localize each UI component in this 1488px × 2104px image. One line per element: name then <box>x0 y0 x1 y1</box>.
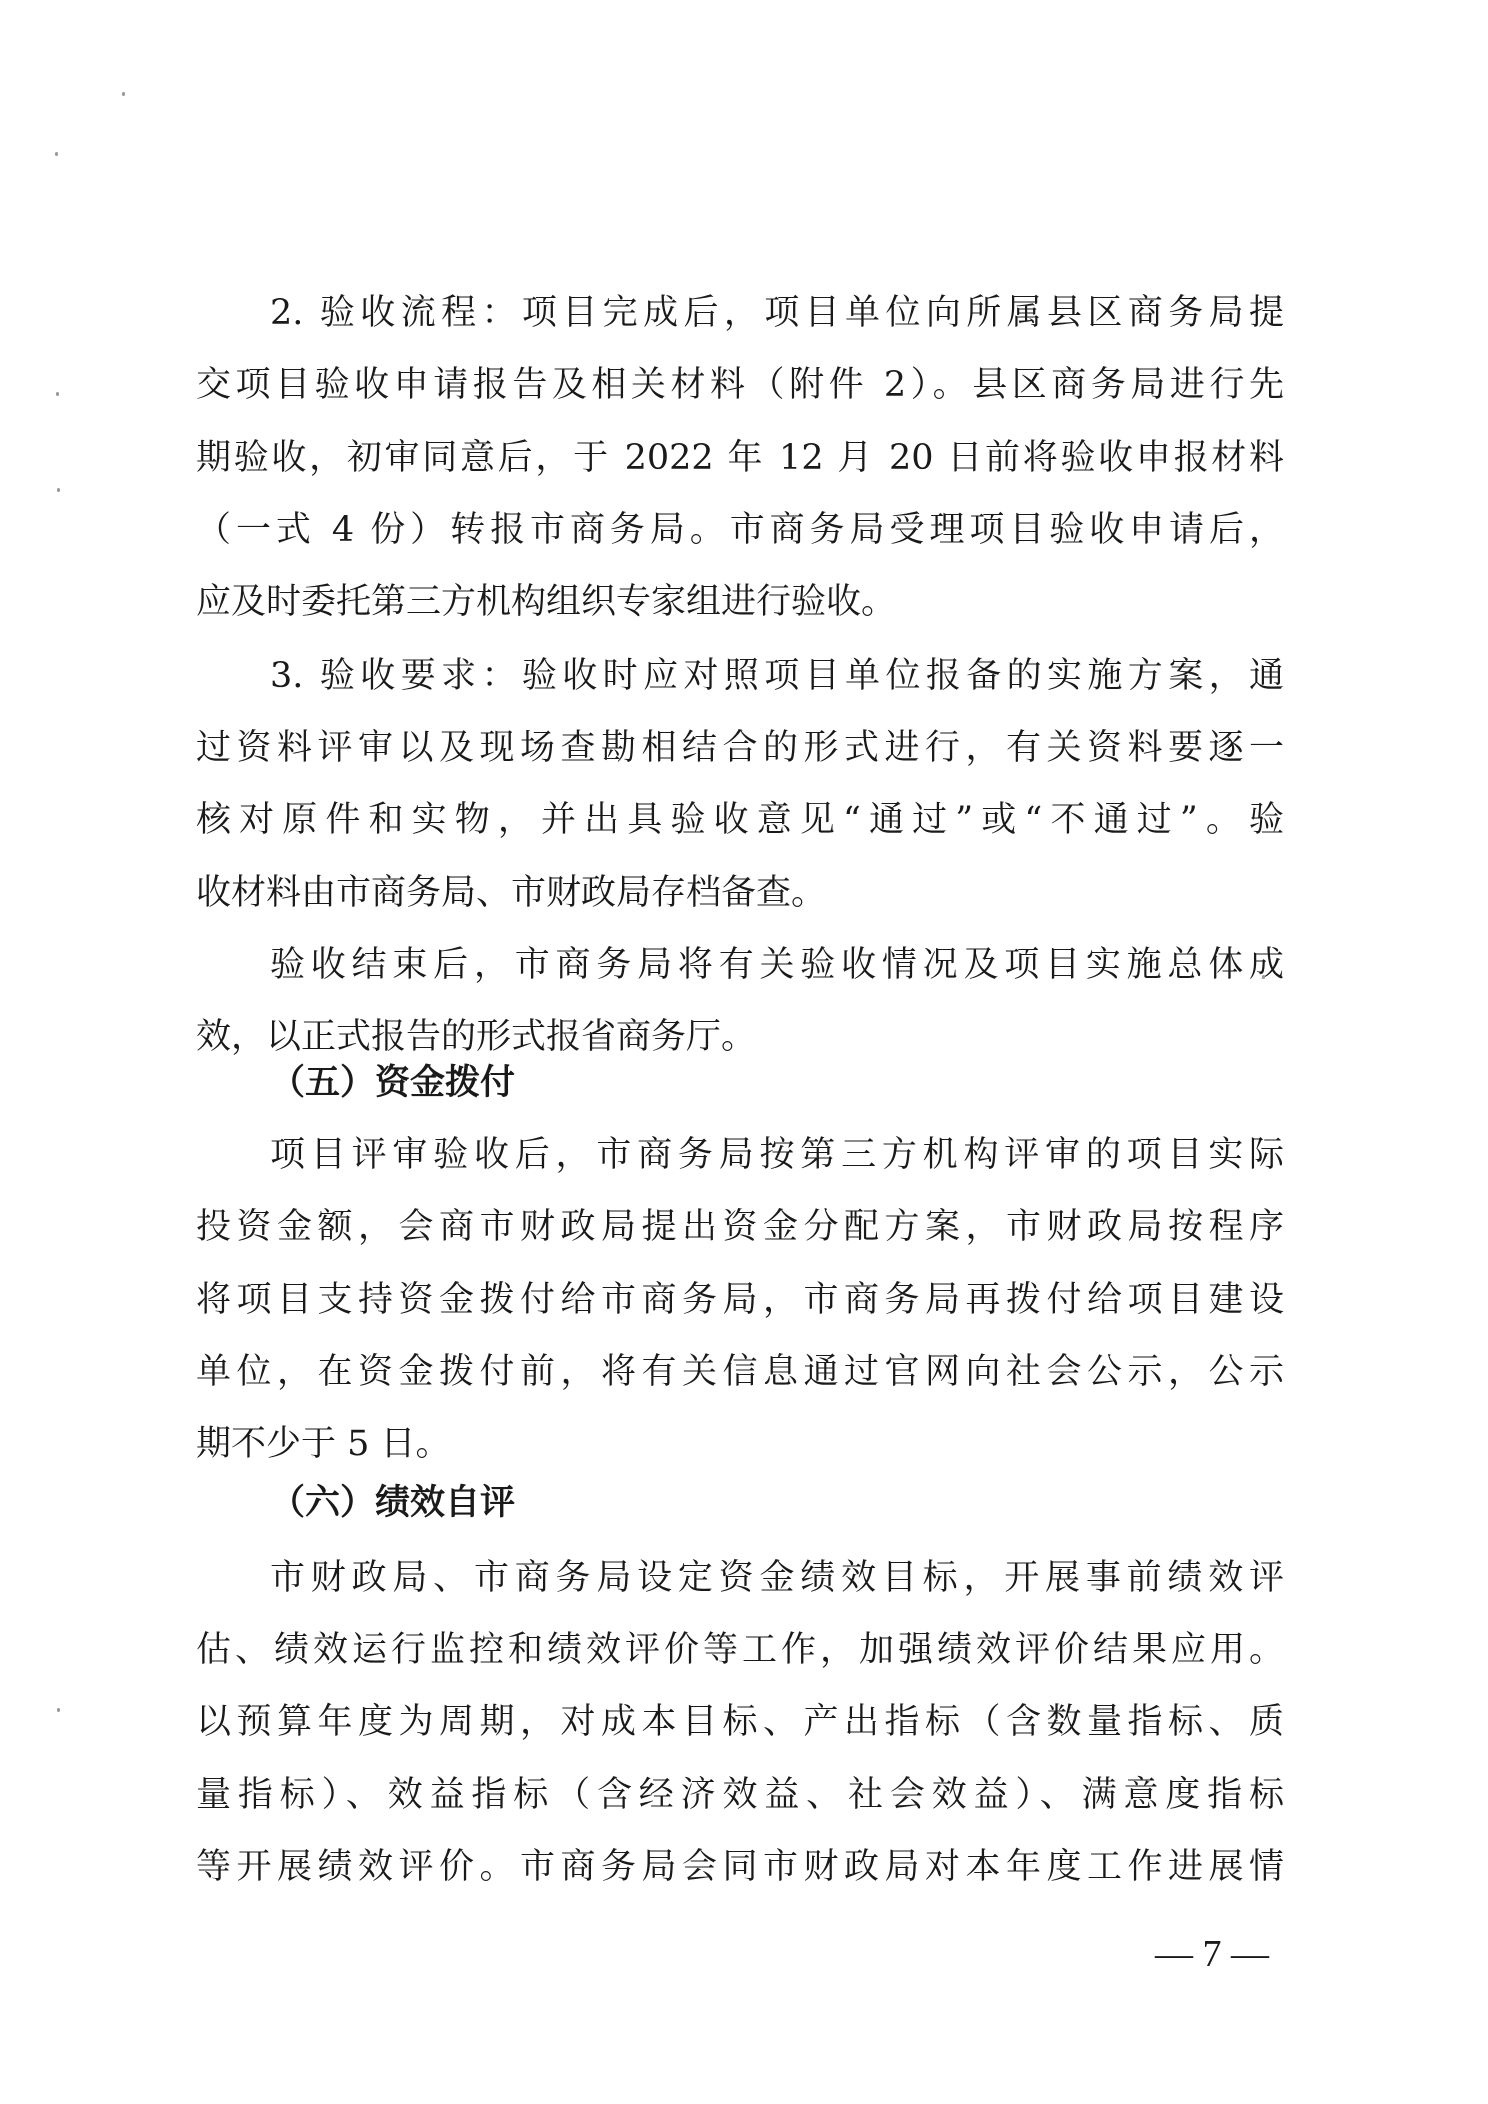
scan-speck <box>56 392 59 396</box>
paragraph-line: 等开展绩效评价。市商务局会同市财政局对本年度工作进展情 <box>196 1845 1284 1889</box>
paragraph-line: 量指标）、效益指标（含经济效益、社会效益）、满意度指标 <box>196 1773 1284 1817</box>
paragraph-line: 核对原件和实物，并出具验收意见“通过”或“不通过”。验 <box>196 798 1284 842</box>
paragraph-line: 期不少于 5 日。 <box>196 1422 1284 1466</box>
paragraph-line: 单位，在资金拨付前，将有关信息通过官网向社会公示，公示 <box>196 1350 1284 1394</box>
paragraph-line: 期验收，初审同意后，于 2022 年 12 月 20 日前将验收申报材料 <box>196 436 1284 480</box>
paragraph-line: 项目评审验收后，市商务局按第三方机构评审的项目实际 <box>270 1133 1284 1177</box>
page-number: — 7 — <box>1155 1934 1269 1974</box>
scan-speck <box>57 1708 60 1712</box>
paragraph-line: 2. 验收流程：项目完成后，项目单位向所属县区商务局提 <box>270 291 1284 335</box>
paragraph-line: 以预算年度为周期，对成本目标、产出指标（含数量指标、质 <box>196 1700 1284 1744</box>
paragraph-line: （一式 4 份）转报市商务局。市商务局受理项目验收申请后， <box>196 508 1284 552</box>
paragraph-line: 交项目验收申请报告及相关材料（附件 2）。县区商务局进行先 <box>196 363 1284 407</box>
paragraph-line: 市财政局、市商务局设定资金绩效目标，开展事前绩效评 <box>270 1556 1284 1600</box>
paragraph-line: 估、绩效运行监控和绩效评价等工作，加强绩效评价结果应用。 <box>196 1628 1284 1672</box>
section-heading: （六）绩效自评 <box>270 1481 515 1525</box>
scan-speck <box>57 488 60 492</box>
paragraph-line: 收材料由市商务局、市财政局存档备查。 <box>196 871 1284 915</box>
paragraph-line: 投资金额，会商市财政局提出资金分配方案，市财政局按程序 <box>196 1205 1284 1249</box>
section-heading: （五）资金拨付 <box>270 1061 515 1105</box>
paragraph-line: 将项目支持资金拨付给市商务局，市商务局再拨付给项目建设 <box>196 1278 1284 1322</box>
paragraph-line: 应及时委托第三方机构组织专家组进行验收。 <box>196 580 1284 624</box>
scan-speck <box>122 92 125 96</box>
paragraph-line: 过资料评审以及现场查勘相结合的形式进行，有关资料要逐一 <box>196 726 1284 770</box>
paragraph-line: 3. 验收要求：验收时应对照项目单位报备的实施方案，通 <box>270 654 1284 698</box>
paragraph-line: 效，以正式报告的形式报省商务厅。 <box>196 1015 1284 1059</box>
scan-speck <box>55 152 58 156</box>
scan-speck <box>1262 975 1265 979</box>
paragraph-line: 验收结束后，市商务局将有关验收情况及项目实施总体成 <box>270 943 1284 987</box>
